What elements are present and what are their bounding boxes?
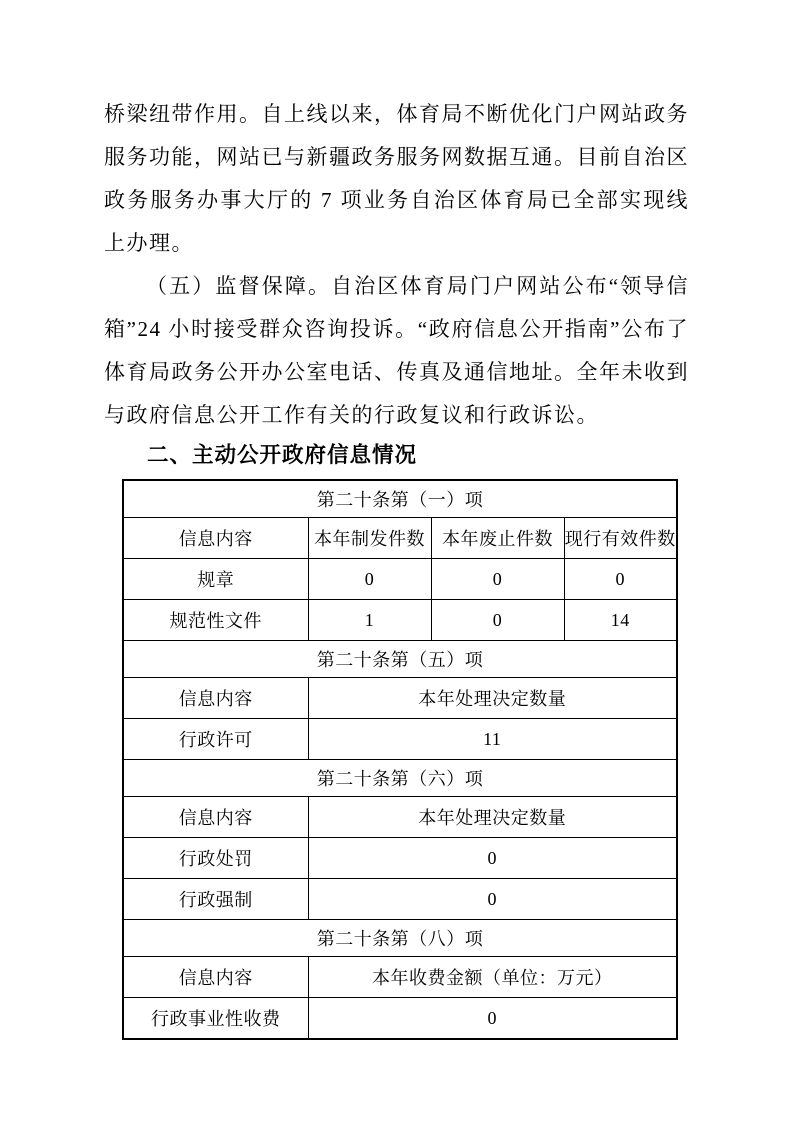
row-label: 行政处罚 — [123, 838, 308, 879]
row-label: 行政许可 — [123, 719, 308, 760]
disclosure-statistics-table: 第二十条第（一）项 信息内容 本年制发件数 本年废止件数 现行有效件数 规章 0… — [122, 479, 678, 1040]
table-header-row: 信息内容 本年收费金额（单位：万元） — [123, 957, 677, 998]
section-heading-active-disclosure: 二、主动公开政府信息情况 — [104, 440, 689, 470]
table-section-row: 第二十条第（五）项 — [123, 641, 677, 678]
section-label: 第二十条第（八）项 — [123, 920, 677, 957]
section-label: 第二十条第（一）项 — [123, 480, 677, 518]
section-label: 第二十条第（五）项 — [123, 641, 677, 678]
table-header-row: 信息内容 本年处理决定数量 — [123, 797, 677, 838]
table-section-row: 第二十条第（一）项 — [123, 480, 677, 518]
table-header-row: 信息内容 本年制发件数 本年废止件数 现行有效件数 — [123, 518, 677, 559]
table-row: 规范性文件 1 0 14 — [123, 600, 677, 641]
table-section-row: 第二十条第（六）项 — [123, 760, 677, 797]
table-cell: 14 — [564, 600, 677, 641]
column-header: 信息内容 — [123, 678, 308, 719]
column-header: 现行有效件数 — [564, 518, 677, 559]
table-row: 规章 0 0 0 — [123, 559, 677, 600]
table-row: 行政强制 0 — [123, 879, 677, 920]
table-header-row: 信息内容 本年处理决定数量 — [123, 678, 677, 719]
table-row: 行政许可 11 — [123, 719, 677, 760]
table-section-row: 第二十条第（八）项 — [123, 920, 677, 957]
table-cell: 0 — [564, 559, 677, 600]
table-cell: 1 — [308, 600, 431, 641]
column-header: 本年废止件数 — [431, 518, 564, 559]
column-header: 本年处理决定数量 — [308, 678, 677, 719]
column-header: 信息内容 — [123, 957, 308, 998]
table-row: 行政事业性收费 0 — [123, 998, 677, 1040]
document-page: 桥梁纽带作用。自上线以来，体育局不断优化门户网站政务服务功能，网站已与新疆政务服… — [0, 0, 793, 1122]
row-label: 规范性文件 — [123, 600, 308, 641]
table-cell: 0 — [308, 838, 677, 879]
table-cell: 0 — [308, 559, 431, 600]
table-cell: 0 — [308, 998, 677, 1040]
row-label: 规章 — [123, 559, 308, 600]
section-label: 第二十条第（六）项 — [123, 760, 677, 797]
row-label: 行政事业性收费 — [123, 998, 308, 1040]
paragraph-supervision-guarantee: （五）监督保障。自治区体育局门户网站公布“领导信箱”24 小时接受群众咨询投诉。… — [104, 265, 689, 437]
column-header: 信息内容 — [123, 518, 308, 559]
table-cell: 11 — [308, 719, 677, 760]
row-label: 行政强制 — [123, 879, 308, 920]
column-header: 本年收费金额（单位：万元） — [308, 957, 677, 998]
table-cell: 0 — [431, 600, 564, 641]
column-header: 信息内容 — [123, 797, 308, 838]
table-cell: 0 — [308, 879, 677, 920]
paragraph-website-services: 桥梁纽带作用。自上线以来，体育局不断优化门户网站政务服务功能，网站已与新疆政务服… — [104, 93, 689, 265]
column-header: 本年制发件数 — [308, 518, 431, 559]
column-header: 本年处理决定数量 — [308, 797, 677, 838]
table-row: 行政处罚 0 — [123, 838, 677, 879]
table-cell: 0 — [431, 559, 564, 600]
